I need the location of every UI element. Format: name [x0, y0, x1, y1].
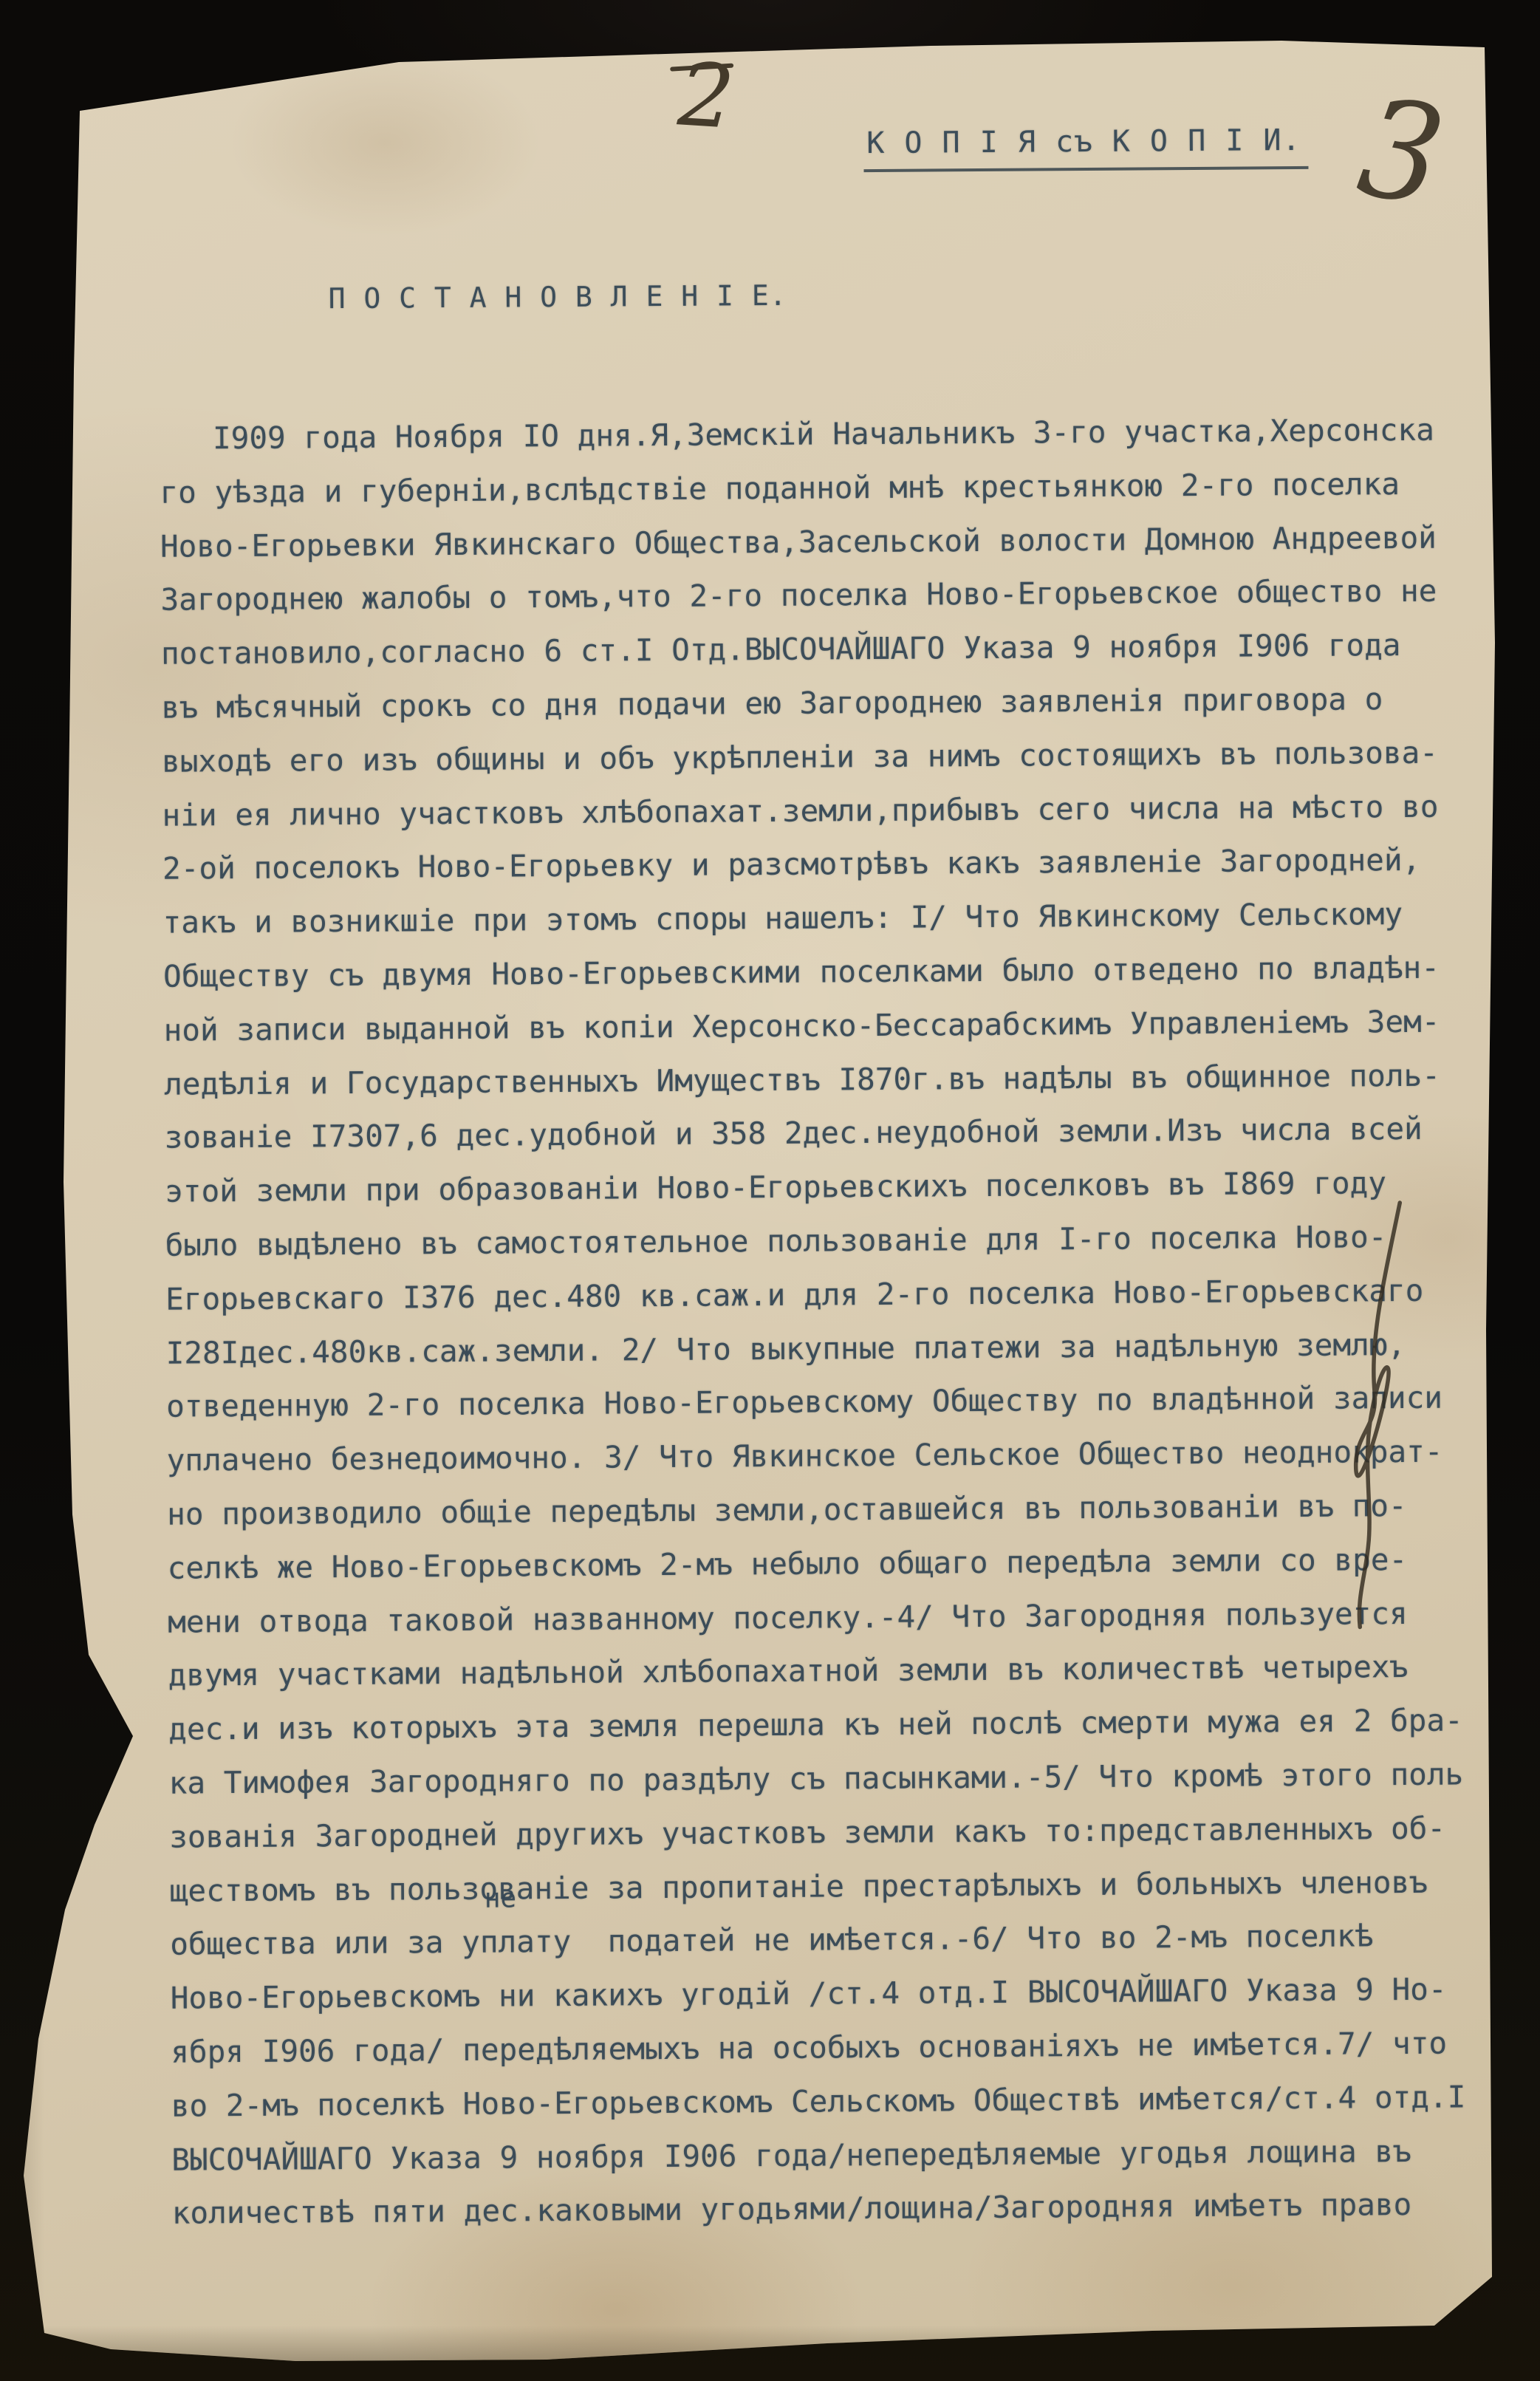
- document-body: I909 года Ноября IO дня.Я,Земскій Началь…: [160, 403, 1502, 2241]
- document-heading: П О С Т А Н О В Л Е Н І Е.: [329, 279, 787, 315]
- typed-line: ВЫСОЧАЙШАГО Указа 9 ноября I906 года/неп…: [171, 2124, 1501, 2187]
- typed-line: двумя участками надѣльной хлѣбопахатной …: [168, 1639, 1497, 1702]
- typed-line: но производило общіе передѣлы земли,оста…: [167, 1478, 1496, 1541]
- typed-line: уплачено безнедоимочно. 3/ Что Явкинское…: [166, 1424, 1496, 1487]
- document-page: 2 3 К О П І Я съ К О П І И. П О С Т А Н …: [0, 0, 1540, 2381]
- handwritten-page-number-center: 2: [676, 50, 736, 140]
- typed-line: зованія Загородней другихъ участковъ зем…: [169, 1801, 1499, 1864]
- typed-line: отведенную 2-го поселка Ново-Егорьевском…: [166, 1370, 1496, 1433]
- typed-line: I28Iдес.480кв.саж.земли. 2/ Что выкупные…: [165, 1317, 1495, 1380]
- typed-line: Ново-Егорьевки Явкинскаго Общества,Засел…: [160, 510, 1490, 573]
- typed-line: этой земли при образованіи Ново-Егорьевс…: [165, 1155, 1494, 1218]
- typed-line: Загороднею жалобы о томъ,что 2-го поселк…: [160, 564, 1490, 627]
- typed-line: Ново-Егорьевскомъ ни какихъ угодій /ст.4…: [170, 1962, 1499, 2025]
- typed-line: Обществу съ двумя Ново-Егорьевскими посе…: [163, 940, 1493, 1003]
- typed-line: было выдѣлено въ самостоятельное пользов…: [165, 1209, 1494, 1272]
- typed-line: ніи ея лично участковъ хлѣбопахат.земли,…: [162, 779, 1491, 842]
- typed-line: 2-ой поселокъ Ново-Егорьевку и разсмотрѣ…: [162, 833, 1492, 896]
- typed-line: зованіе I7307,6 дес.удобной и 358 2дес.н…: [164, 1102, 1493, 1165]
- typed-line: Егорьевскаго I376 дес.480 кв.саж.и для 2…: [165, 1263, 1495, 1326]
- typed-line: количествѣ пяти дес.каковыми угодьями/ло…: [172, 2177, 1502, 2240]
- page-content: 2 3 К О П І Я съ К О П І И. П О С Т А Н …: [0, 0, 1540, 2381]
- typed-line: дес.и изъ которыхъ эта земля перешла къ …: [168, 1693, 1498, 1756]
- typed-line: такъ и возникшіе при этомъ споры нашелъ:…: [162, 887, 1492, 949]
- typed-line: во 2-мъ поселкѣ Ново-Егорьевскомъ Сельск…: [171, 2070, 1501, 2133]
- typed-line: I909 года Ноября IO дня.Я,Земскій Началь…: [160, 403, 1489, 465]
- typed-line: ществомъ въ пользованіе за пропитаніе пр…: [169, 1855, 1499, 1918]
- typed-line: ной записи выданной въ копіи Херсонско-Б…: [163, 994, 1493, 1057]
- typed-line: ледѣлія и Государственныхъ Имуществъ I87…: [164, 1048, 1493, 1111]
- typed-line: ября I906 года/ передѣляемыхъ на особыхъ…: [171, 2016, 1500, 2079]
- typed-line: селкѣ же Ново-Егорьевскомъ 2-мъ небыло о…: [167, 1532, 1496, 1595]
- handwritten-page-number-corner: 3: [1351, 79, 1452, 226]
- typed-line: въ мѣсячный срокъ со дня подачи ею Загор…: [161, 672, 1491, 734]
- page-number-corner-value: 3: [1349, 69, 1454, 238]
- typed-line: выходѣ его изъ общины и объ укрѣпленіи з…: [162, 725, 1491, 788]
- document-title: К О П І Я съ К О П І И.: [863, 123, 1309, 172]
- typed-line: ка Тимофея Загородняго по раздѣлу съ пас…: [168, 1747, 1498, 1810]
- interlinear-insertion: не: [485, 1883, 517, 1913]
- page-number-center-value: 2: [676, 43, 738, 148]
- typed-line: постановило,согласно 6 ст.I Отд.ВЫСОЧАЙШ…: [161, 618, 1491, 680]
- typed-line: мени отвода таковой названному поселку.-…: [168, 1586, 1497, 1649]
- archival-photo: { "colors": { "background": "#0b0a08", "…: [0, 0, 1540, 2381]
- typed-line: общества или за уплату податей не имѣетс…: [170, 1908, 1499, 1971]
- typed-line: го уѣзда и губерніи,вслѣдствіе поданной …: [160, 457, 1489, 519]
